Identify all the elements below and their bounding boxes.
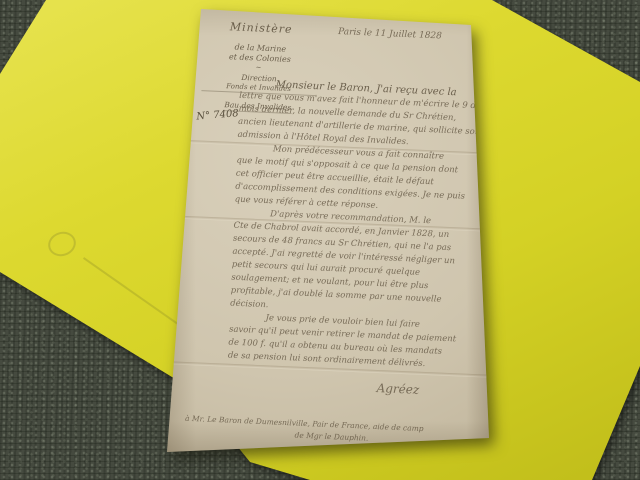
letter-body: Monsieur le Baron, J'ai reçu avec la let… xyxy=(228,77,484,373)
body-line: lettre que vous m'avez fait l'honneur de… xyxy=(239,90,483,114)
letterhead-line: Direction xyxy=(202,71,316,85)
body-line: secours de 48 francs au Sr Chrétien, qui… xyxy=(233,233,477,257)
letterhead-line: Fonds et Invalides xyxy=(201,81,315,96)
body-line: profitable, j'ai doublé la somme par une… xyxy=(230,285,474,309)
crease-line xyxy=(150,138,510,156)
body-line: Mon prédécesseur vous a fait connaître xyxy=(237,142,481,166)
letterhead-line: et des Colonies xyxy=(203,51,317,65)
body-line: d'accomplissement des conditions exigées… xyxy=(235,181,479,205)
letter-document: Ministère de la Marine et des Colonies ~… xyxy=(0,0,640,480)
body-line: savoir qu'il peut venir retirer le manda… xyxy=(229,324,473,348)
letterhead-line: Bau des Invalides xyxy=(224,100,291,114)
crease-line xyxy=(150,360,510,378)
body-line: D'après votre recommandation, M. le xyxy=(234,207,478,231)
address-line: à Mr. Le Baron de Dumesnilville, Pair de… xyxy=(185,413,479,438)
letterhead: Ministère de la Marine et des Colonies ~… xyxy=(201,19,319,115)
address-block: à Mr. Le Baron de Dumesnilville, Pair de… xyxy=(184,413,479,450)
address-line: de Mgr le Dauphin. xyxy=(184,425,478,450)
crease-line xyxy=(150,214,510,232)
dateline: Paris le 11 Juillet 1828 xyxy=(338,27,508,44)
letter-text: Ministère de la Marine et des Colonies ~… xyxy=(182,9,493,467)
photo-canvas: Ministère de la Marine et des Colonies ~… xyxy=(0,0,640,480)
body-line: de sa pension lui sont ordinairement dél… xyxy=(228,350,472,374)
body-line: décision. xyxy=(230,298,474,322)
body-line: mois dernier, la nouvelle demande du Sr … xyxy=(238,103,482,127)
body-line: accepté. J'ai regretté de voir l'intéres… xyxy=(232,246,476,270)
body-line: soulagement; et ne voulant, pour lui êtr… xyxy=(231,272,475,296)
closing-signature: Agréez xyxy=(376,381,419,397)
body-line: Je vous prie de vouloir bien lui faire xyxy=(229,311,473,335)
body-line: Cte de Chabrol avait accordé, en Janvier… xyxy=(233,220,477,244)
reference-number: N° 7408 xyxy=(196,108,239,122)
letterhead-line: Ministère xyxy=(204,19,318,37)
body-line: Monsieur le Baron, J'ai reçu avec la xyxy=(240,77,484,101)
body-line: de 100 f. qu'il a obtenu au bureau où le… xyxy=(228,337,472,361)
body-line: petit secours qui lui aurait procuré que… xyxy=(232,259,476,283)
body-line: ancien lieutenant d'artillerie de marine… xyxy=(238,116,482,140)
letter-document-shadow: Ministère de la Marine et des Colonies ~… xyxy=(0,0,640,480)
letterhead-ornament: ~ xyxy=(202,61,316,74)
body-line: admission à l'Hôtel Royal des Invalides. xyxy=(237,129,481,153)
body-line: que vous référer à cette réponse. xyxy=(234,194,478,218)
body-line: que le motif qui s'opposait à ce que la … xyxy=(236,155,480,179)
body-line: cet officier peut être accueillie, était… xyxy=(236,168,480,192)
letterhead-line: de la Marine xyxy=(203,41,317,55)
